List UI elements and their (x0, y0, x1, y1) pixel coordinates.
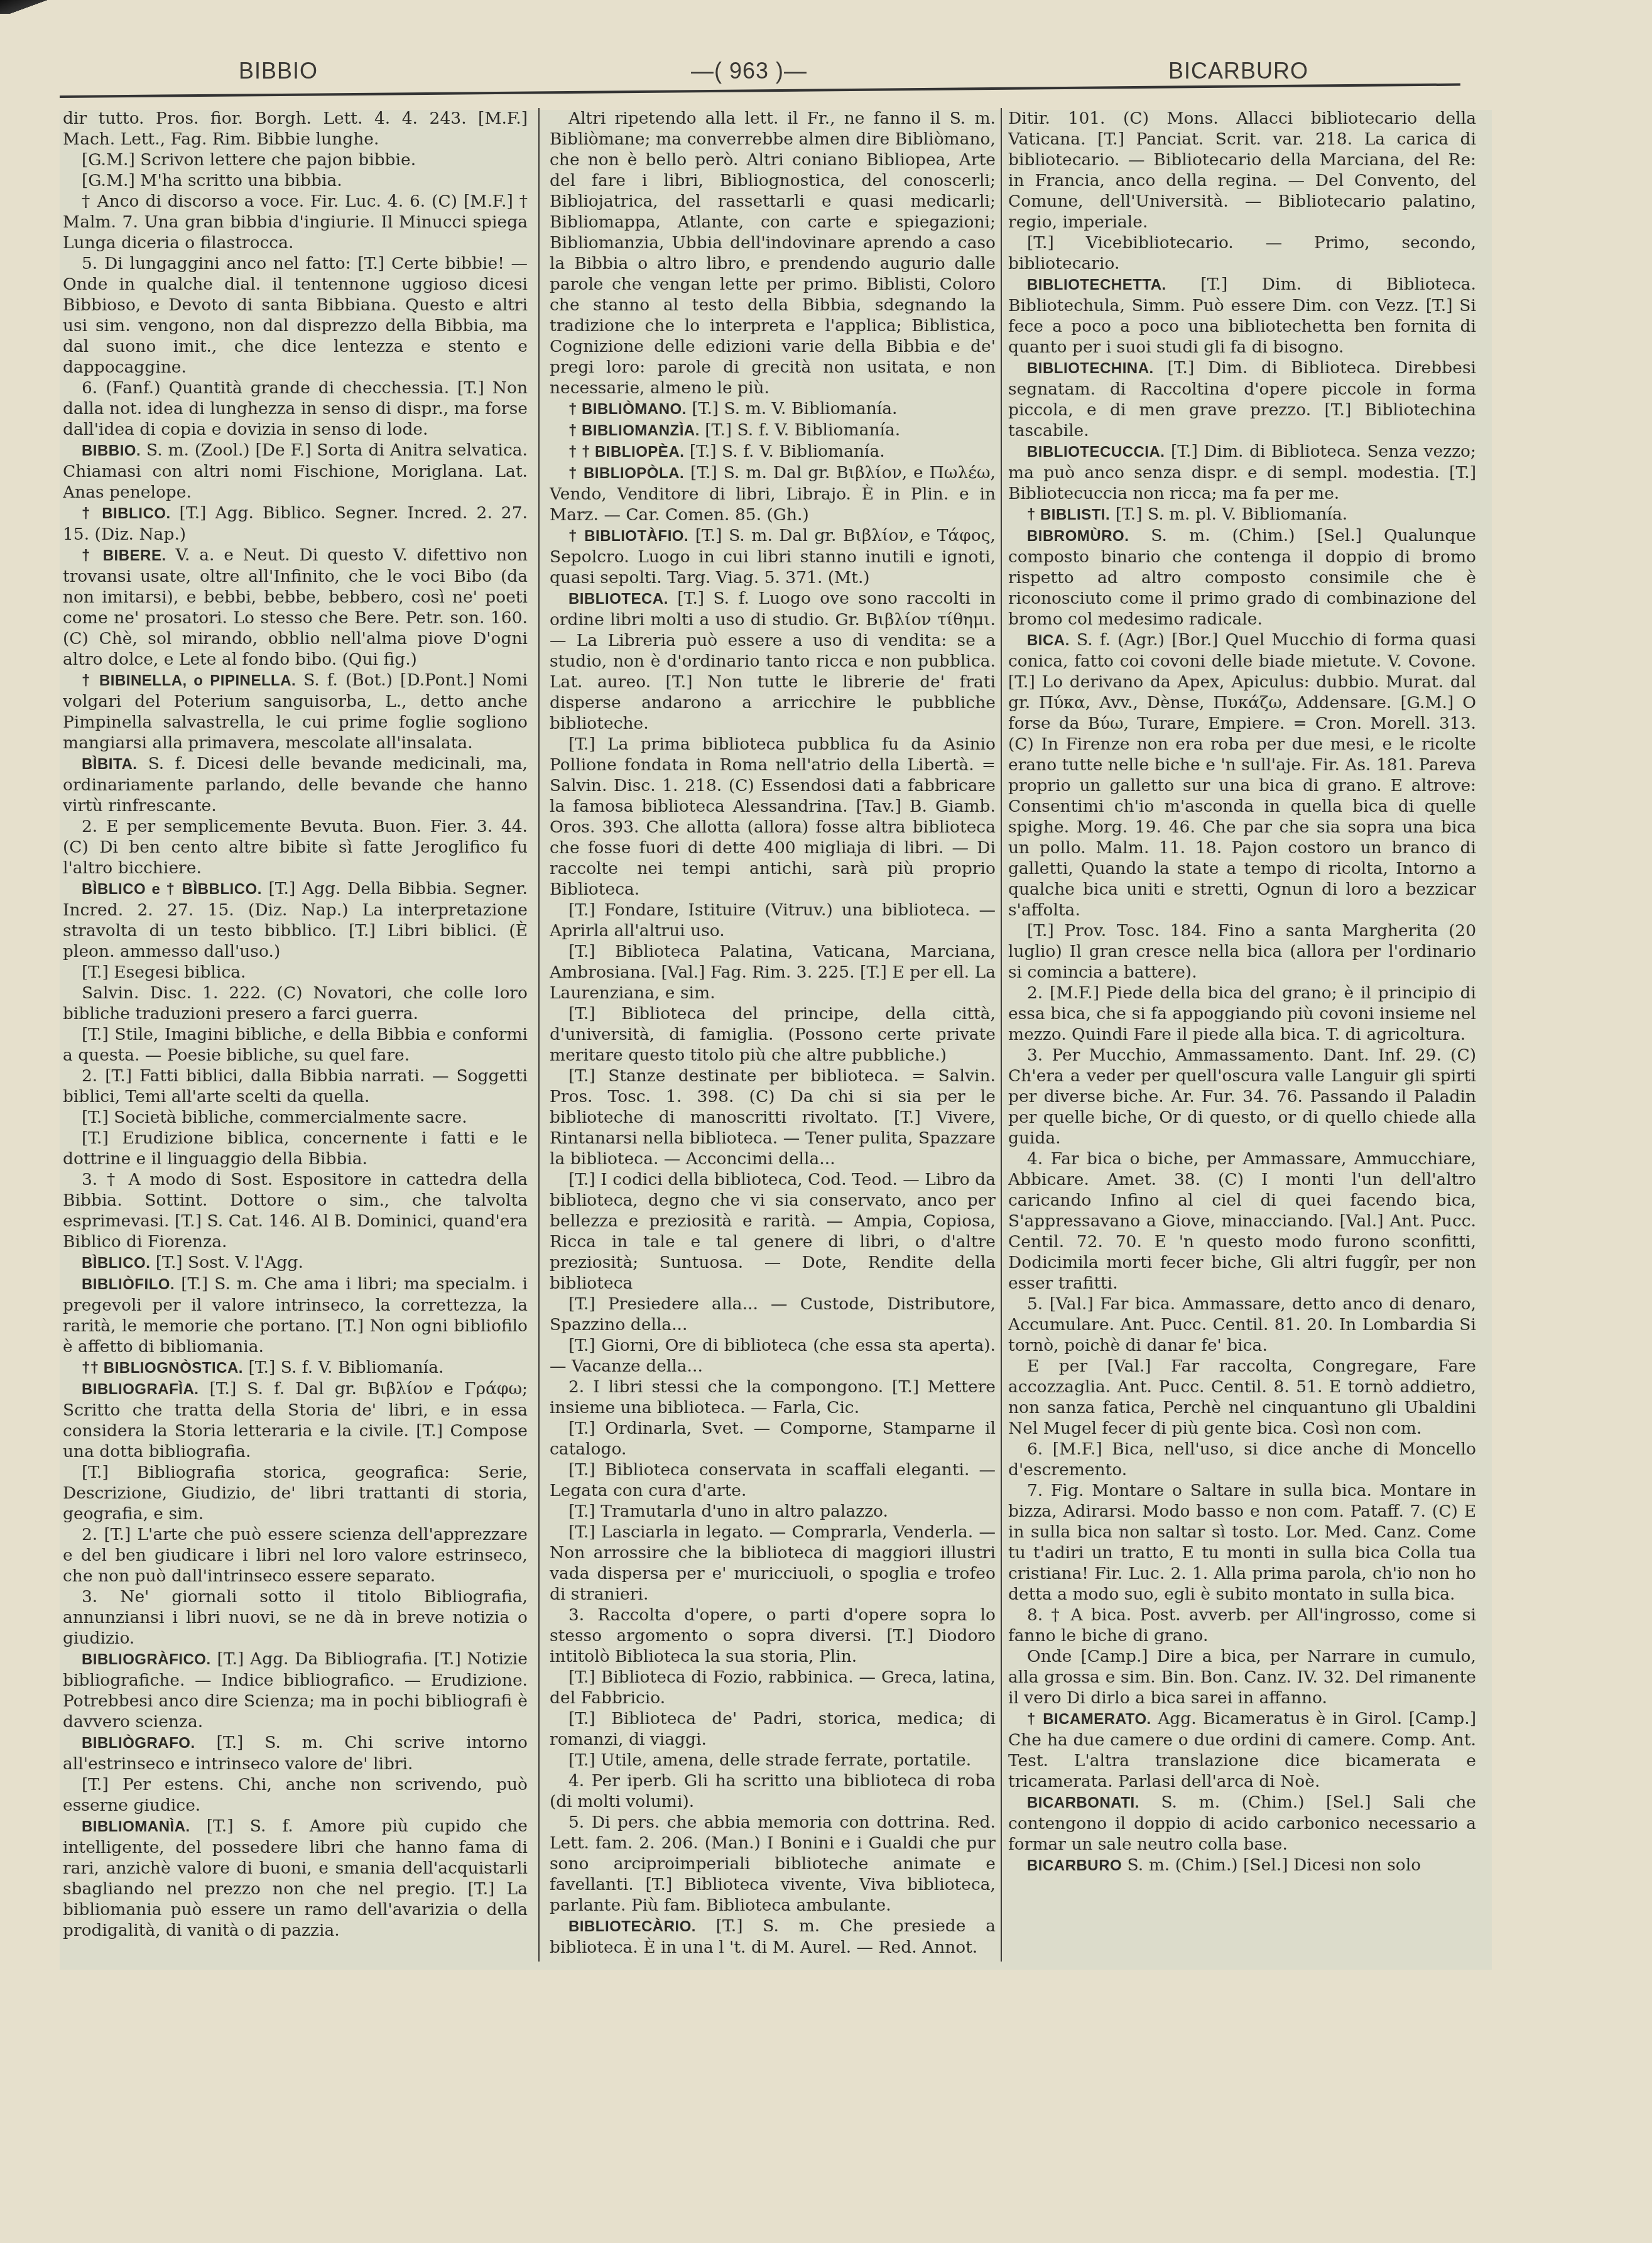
entry-paragraph: [T.] Per estens. Chi, anche non scrivend… (63, 1774, 528, 1816)
entry-headword: † BIBLIOPÒLA. (568, 465, 684, 482)
column-1: dir tutto. Pros. fior. Borgh. Lett. 4. 4… (63, 108, 528, 1962)
entry-text: [T.] Sost. V. l'Agg. (156, 1253, 303, 1272)
entry-paragraph: [T.] Tramutarla d'uno in altro palazzo. (550, 1501, 996, 1522)
entry-text: † Anco di discorso a voce. Fir. Luc. 4. … (63, 192, 528, 253)
dictionary-entry: † BIBLIOMANZÌA. [T.] S. f. V. Bibliomaní… (550, 420, 996, 441)
entry-headword: BIBLIOTECUCCIA. (1027, 444, 1165, 461)
entry-text: [T.] S. m. V. Bibliomanía. (692, 399, 897, 418)
entry-text: [T.] Biblioteca conservata in scaffali e… (550, 1460, 996, 1500)
entry-paragraph: 2. [T.] L'arte che può essere scienza de… (63, 1524, 528, 1586)
entry-headword: BICARBONATI. (1027, 1794, 1139, 1811)
entry-text: Ditir. 101. (C) Mons. Allacci biblioteca… (1008, 109, 1476, 232)
entry-text: [T.] S. f. V. Bibliomanía. (248, 1358, 443, 1377)
entry-text: [T.] Biblioteca di Fozio, rabbinica. — G… (550, 1667, 996, 1708)
entry-text: Salvin. Disc. 1. 222. (C) Novatori, che … (63, 983, 528, 1023)
entry-paragraph: E per [Val.] Far raccolta, Congregare, F… (1008, 1356, 1476, 1439)
entry-text: [G.M.] M'ha scritto una bibbia. (82, 171, 342, 190)
entry-paragraph: 4. Per iperb. Gli ha scritto una bibliot… (550, 1771, 996, 1812)
dictionary-entry: † BICAMERATO. Agg. Bicameratus è in Giro… (1008, 1708, 1476, 1792)
column-divider (1001, 108, 1002, 1962)
entry-paragraph: Onde [Camp.] Dire a bica, per Narrare in… (1008, 1646, 1476, 1708)
entry-text: [T.] Esegesi biblica. (82, 963, 246, 982)
entry-paragraph: † Anco di discorso a voce. Fir. Luc. 4. … (63, 191, 528, 253)
entry-text: 5. Di pers. che abbia memoria con dottri… (550, 1813, 996, 1915)
entry-text: [T.] Fondare, Istituire (Vitruv.) una bi… (550, 900, 996, 941)
entry-headword: BIBLIOTECA. (568, 591, 668, 608)
entry-paragraph: [T.] Ordinarla, Svet. — Comporne, Stampa… (550, 1418, 996, 1460)
entry-text: [T.] S. f. Luogo ove sono raccolti in or… (550, 589, 996, 733)
entry-text: 6. [M.F.] Bica, nell'uso, si dice anche … (1008, 1439, 1476, 1480)
entry-paragraph: 3. Raccolta d'opere, o parti d'opere sop… (550, 1605, 996, 1667)
entry-text: 3. Ne' giornali sotto il titolo Bibliogr… (63, 1587, 528, 1648)
entry-paragraph: [T.] Bibliografia storica, geografica: S… (63, 1462, 528, 1524)
entry-paragraph: [T.] Biblioteca de' Padri, storica, medi… (550, 1708, 996, 1750)
entry-headword: † BIBINELLA, o PIPINELLA. (82, 672, 296, 689)
entry-paragraph: [T.] Biblioteca di Fozio, rabbinica. — G… (550, 1667, 996, 1708)
entry-headword: BICARBURO (1027, 1857, 1122, 1874)
entry-headword: BIBLIOGRAFÌA. (82, 1381, 199, 1398)
entry-text: dir tutto. Pros. fior. Borgh. Lett. 4. 4… (63, 109, 528, 149)
dictionary-entry: †† BIBLIOGNÒSTICA. [T.] S. f. V. Bibliom… (63, 1357, 528, 1378)
dictionary-entry: † BIBLIOPÒLA. [T.] S. m. Dal gr. Βιβλίον… (550, 462, 996, 525)
entry-headword: BIBBIO. (82, 442, 141, 459)
entry-text: [T.] Vicebibliotecario. — Primo, secondo… (1008, 233, 1476, 273)
dictionary-entry: BÌBLICO e † BÌBBLICO. [T.] Agg. Della Bi… (63, 878, 528, 962)
column-2: Altri ripetendo alla lett. il Fr., ne fa… (550, 108, 996, 1962)
dictionary-entry: BICARBONATI. S. m. (Chim.) [Sel.] Sali c… (1008, 1792, 1476, 1855)
dictionary-entry: BÌBITA. S. f. Dicesi delle bevande medic… (63, 753, 528, 816)
entry-text: Altri ripetendo alla lett. il Fr., ne fa… (550, 109, 996, 398)
dictionary-entry: BIBLIÒFILO. [T.] S. m. Che ama i libri; … (63, 1274, 528, 1357)
entry-text: [T.] Stanze destinate per biblioteca. = … (550, 1066, 996, 1169)
entry-headword: †† BIBLIOGNÒSTICA. (82, 1360, 243, 1377)
entry-text: 6. (Fanf.) Quantità grande di checchessi… (63, 378, 528, 439)
dictionary-columns: dir tutto. Pros. fior. Borgh. Lett. 4. 4… (63, 108, 1476, 1962)
entry-text: [T.] Stile, Imagini bibliche, e della Bi… (63, 1025, 528, 1065)
entry-text: [T.] I codici della biblioteca, Cod. Teo… (550, 1170, 996, 1293)
entry-headword: BÌBLICO. (82, 1255, 150, 1272)
dictionary-entry: BIBLIOMANÌA. [T.] S. f. Amore più cupido… (63, 1816, 528, 1941)
entry-text: 5. Di lungaggini anco nel fatto: [T.] Ce… (63, 254, 528, 377)
entry-text: [T.] Prov. Tosc. 184. Fino a santa Margh… (1008, 921, 1476, 982)
entry-text: [T.] S. m. pl. V. Bibliomanía. (1116, 505, 1348, 524)
entry-text: [T.] Bibliografia storica, geografica: S… (63, 1463, 528, 1524)
entry-text: 2. [T.] L'arte che può essere scienza de… (63, 1525, 528, 1586)
entry-text: 3. Per Mucchio, Ammassamento. Dant. Inf.… (1008, 1045, 1476, 1148)
dictionary-entry: BIBROMÙRO. S. m. (Chim.) [Sel.] Qualunqu… (1008, 525, 1476, 630)
entry-text: [T.] S. f. V. Bibliomanía. (705, 420, 900, 440)
entry-paragraph: 6. (Fanf.) Quantità grande di checchessi… (63, 378, 528, 440)
entry-paragraph: [T.] Presiedere alla... — Custode, Distr… (550, 1294, 996, 1335)
dictionary-entry: † BIBLIOTÀFIO. [T.] S. m. Dal gr. Βιβλίο… (550, 525, 996, 588)
entry-headword: BIBLIOGRÀFICO. (82, 1651, 211, 1668)
entry-paragraph: 2. E per semplicemente Bevuta. Buon. Fie… (63, 816, 528, 878)
running-head-left: BIBBIO (239, 58, 318, 84)
entry-headword: BICA. (1027, 632, 1070, 649)
entry-headword: † † BIBLIOPÈA. (568, 444, 684, 461)
entry-headword: BIBLIÒGRAFO. (82, 1735, 195, 1752)
scan-edge-shadow (0, 0, 57, 14)
entry-paragraph: 5. [Val.] Far bica. Ammassare, detto anc… (1008, 1294, 1476, 1356)
entry-paragraph: [T.] Stile, Imagini bibliche, e della Bi… (63, 1024, 528, 1066)
entry-paragraph: 6. [M.F.] Bica, nell'uso, si dice anche … (1008, 1439, 1476, 1480)
dictionary-entry: BICARBURO S. m. (Chim.) [Sel.] Dicesi no… (1008, 1855, 1476, 1876)
entry-headword: BÌBLICO e † BÌBBLICO. (82, 881, 262, 898)
entry-paragraph: [T.] Fondare, Istituire (Vitruv.) una bi… (550, 900, 996, 941)
entry-text: [T.] Biblioteca del principe, della citt… (550, 1004, 996, 1065)
entry-headword: † BIBERE. (82, 547, 166, 564)
running-head-right: BICARBURO (1168, 58, 1308, 84)
dictionary-entry: BIBLIOTECA. [T.] S. f. Luogo ove sono ra… (550, 588, 996, 734)
entry-paragraph: [G.M.] Scrivon lettere che pajon bibbie. (63, 150, 528, 170)
entry-headword: BIBLIOTECHINA. (1027, 360, 1154, 377)
entry-headword: BIBLIOTECÀRIO. (568, 1918, 696, 1935)
entry-text: [T.] Lasciarla in legato. — Comprarla, V… (550, 1522, 996, 1604)
entry-paragraph: 2. [M.F.] Piede della bica del grano; è … (1008, 983, 1476, 1045)
dictionary-entry: BIBLIOTECUCCIA. [T.] Dim. di Biblioteca.… (1008, 441, 1476, 504)
dictionary-entry: BIBLIOTECHETTA. [T.] Dim. di Biblioteca.… (1008, 274, 1476, 357)
entry-text: 4. Far bica o biche, per Ammassare, Ammu… (1008, 1149, 1476, 1293)
dictionary-entry: † BIBLIÒMANO. [T.] S. m. V. Bibliomanía. (550, 398, 996, 420)
page-number: —( 963 )— (691, 58, 807, 84)
entry-text: 3. Raccolta d'opere, o parti d'opere sop… (550, 1605, 996, 1666)
entry-paragraph: Ditir. 101. (C) Mons. Allacci biblioteca… (1008, 108, 1476, 232)
entry-headword: † BIBLISTI. (1027, 506, 1110, 523)
dictionary-entry: BIBLIOTECHINA. [T.] Dim. di Biblioteca. … (1008, 357, 1476, 441)
entry-paragraph: [T.] Biblioteca Palatina, Vaticana, Marc… (550, 941, 996, 1003)
entry-paragraph: 4. Far bica o biche, per Ammassare, Ammu… (1008, 1149, 1476, 1294)
dictionary-entry: BIBLIOGRÀFICO. [T.] Agg. Da Bibliografia… (63, 1649, 528, 1732)
entry-headword: BIBROMÙRO. (1027, 528, 1129, 545)
entry-paragraph: [T.] Erudizione biblica, concernente i f… (63, 1128, 528, 1169)
entry-paragraph: 2. I libri stessi che la compongono. [T.… (550, 1377, 996, 1418)
dictionary-entry: † † BIBLIOPÈA. [T.] S. f. V. Bibliomanía… (550, 441, 996, 462)
entry-paragraph: Altri ripetendo alla lett. il Fr., ne fa… (550, 108, 996, 398)
entry-paragraph: [T.] Stanze destinate per biblioteca. = … (550, 1066, 996, 1169)
dictionary-entry: † BIBLICO. [T.] Agg. Biblico. Segner. In… (63, 503, 528, 545)
entry-paragraph: [T.] Biblioteca conservata in scaffali e… (550, 1460, 996, 1501)
entry-headword: † BIBLICO. (82, 505, 171, 522)
entry-text: [T.] Erudizione biblica, concernente i f… (63, 1128, 528, 1169)
entry-text: [G.M.] Scrivon lettere che pajon bibbie. (82, 150, 416, 170)
entry-text: [T.] Biblioteca de' Padri, storica, medi… (550, 1709, 996, 1749)
entry-paragraph: 7. Fig. Montare o Saltare in sulla bica.… (1008, 1480, 1476, 1605)
entry-text: [T.] Utile, amena, delle strade ferrate,… (568, 1750, 971, 1770)
entry-paragraph: 5. Di pers. che abbia memoria con dottri… (550, 1812, 996, 1916)
column-3: Ditir. 101. (C) Mons. Allacci biblioteca… (1008, 108, 1476, 1962)
entry-paragraph: [T.] Prov. Tosc. 184. Fino a santa Margh… (1008, 920, 1476, 983)
entry-text: [T.] Giorni, Ore di biblioteca (che essa… (550, 1336, 996, 1376)
entry-text: 8. † A bica. Post. avverb. per All'ingro… (1008, 1605, 1476, 1645)
entry-text: [T.] Ordinarla, Svet. — Comporne, Stampa… (550, 1419, 996, 1459)
dictionary-entry: BIBLIÒGRAFO. [T.] S. m. Chi scrive intor… (63, 1732, 528, 1774)
entry-headword: BIBLIOTECHETTA. (1027, 276, 1166, 293)
entry-text: 2. E per semplicemente Bevuta. Buon. Fie… (63, 817, 528, 878)
entry-paragraph: [G.M.] M'ha scritto una bibbia. (63, 170, 528, 191)
entry-headword: † BIBLIOMANZÌA. (568, 422, 700, 439)
entry-text: 2. I libri stessi che la compongono. [T.… (550, 1377, 996, 1417)
entry-text: [T.] La prima biblioteca pubblica fu da … (550, 734, 996, 899)
dictionary-entry: BICA. S. f. (Agr.) [Bor.] Quel Mucchio d… (1008, 630, 1476, 920)
entry-paragraph: [T.] I codici della biblioteca, Cod. Teo… (550, 1169, 996, 1294)
entry-headword: † BIBLIÒMANO. (568, 401, 687, 418)
entry-text: [T.] Presiedere alla... — Custode, Distr… (550, 1294, 996, 1334)
entry-paragraph: 3. Ne' giornali sotto il titolo Bibliogr… (63, 1586, 528, 1649)
entry-paragraph: [T.] Società bibliche, commercialmente s… (63, 1107, 528, 1128)
dictionary-entry: BIBBIO. S. m. (Zool.) [De F.] Sorta di A… (63, 440, 528, 503)
entry-text: E per [Val.] Far raccolta, Congregare, F… (1008, 1356, 1476, 1438)
entry-headword: BIBLIOMANÌA. (82, 1818, 190, 1835)
entry-paragraph: Salvin. Disc. 1. 222. (C) Novatori, che … (63, 983, 528, 1024)
dictionary-entry: † BIBERE. V. a. e Neut. Di questo V. dif… (63, 545, 528, 670)
entry-paragraph: 3. Per Mucchio, Ammassamento. Dant. Inf.… (1008, 1045, 1476, 1149)
entry-paragraph: [T.] Lasciarla in legato. — Comprarla, V… (550, 1522, 996, 1605)
entry-paragraph: 2. [T.] Fatti biblici, dalla Bibbia narr… (63, 1066, 528, 1107)
dictionary-entry: BIBLIOTECÀRIO. [T.] S. m. Che presiede a… (550, 1916, 996, 1958)
dictionary-entry: † BIBLISTI. [T.] S. m. pl. V. Bibliomaní… (1008, 504, 1476, 525)
entry-text: 4. Per iperb. Gli ha scritto una bibliot… (550, 1771, 996, 1811)
entry-paragraph: [T.] La prima biblioteca pubblica fu da … (550, 734, 996, 900)
entry-paragraph: [T.] Biblioteca del principe, della citt… (550, 1003, 996, 1066)
entry-text: [T.] Per estens. Chi, anche non scrivend… (63, 1775, 528, 1815)
dictionary-entry: BÌBLICO. [T.] Sost. V. l'Agg. (63, 1252, 528, 1274)
entry-paragraph: [T.] Vicebibliotecario. — Primo, secondo… (1008, 232, 1476, 274)
entry-headword: BIBLIÒFILO. (82, 1276, 175, 1293)
entry-text: 2. [M.F.] Piede della bica del grano; è … (1008, 983, 1476, 1044)
entry-paragraph: dir tutto. Pros. fior. Borgh. Lett. 4. 4… (63, 108, 528, 150)
entry-text: [T.] Biblioteca Palatina, Vaticana, Marc… (550, 942, 996, 1003)
entry-paragraph: [T.] Esegesi biblica. (63, 962, 528, 983)
entry-text: Onde [Camp.] Dire a bica, per Narrare in… (1008, 1647, 1476, 1708)
entry-text: [T.] Società bibliche, commercialmente s… (82, 1108, 467, 1127)
dictionary-entry: BIBLIOGRAFÌA. [T.] S. f. Dal gr. Βιβλίον… (63, 1378, 528, 1462)
entry-text: 2. [T.] Fatti biblici, dalla Bibbia narr… (63, 1066, 528, 1106)
entry-paragraph: [T.] Giorni, Ore di biblioteca (che essa… (550, 1335, 996, 1377)
entry-text: 5. [Val.] Far bica. Ammassare, detto anc… (1008, 1294, 1476, 1355)
entry-paragraph: 3. † A modo di Sost. Espositore in catte… (63, 1169, 528, 1252)
dictionary-entry: † BIBINELLA, o PIPINELLA. S. f. (Bot.) [… (63, 670, 528, 753)
entry-text: S. f. (Agr.) [Bor.] Quel Mucchio di form… (1008, 630, 1476, 920)
column-divider (538, 108, 540, 1962)
entry-paragraph: 8. † A bica. Post. avverb. per All'ingro… (1008, 1605, 1476, 1646)
entry-text: S. m. (Chim.) [Sel.] Dicesi non solo (1128, 1855, 1421, 1875)
entry-paragraph: 5. Di lungaggini anco nel fatto: [T.] Ce… (63, 253, 528, 378)
entry-paragraph: [T.] Utile, amena, delle strade ferrate,… (550, 1750, 996, 1771)
entry-headword: BÌBITA. (82, 756, 137, 773)
entry-text: [T.] Tramutarla d'uno in altro palazzo. (568, 1502, 888, 1521)
entry-text: 7. Fig. Montare o Saltare in sulla bica.… (1008, 1481, 1476, 1604)
entry-text: [T.] S. f. V. Bibliomanía. (690, 442, 885, 461)
entry-headword: † BICAMERATO. (1027, 1711, 1151, 1728)
entry-headword: † BIBLIOTÀFIO. (568, 528, 688, 545)
entry-text: 3. † A modo di Sost. Espositore in catte… (63, 1170, 528, 1252)
